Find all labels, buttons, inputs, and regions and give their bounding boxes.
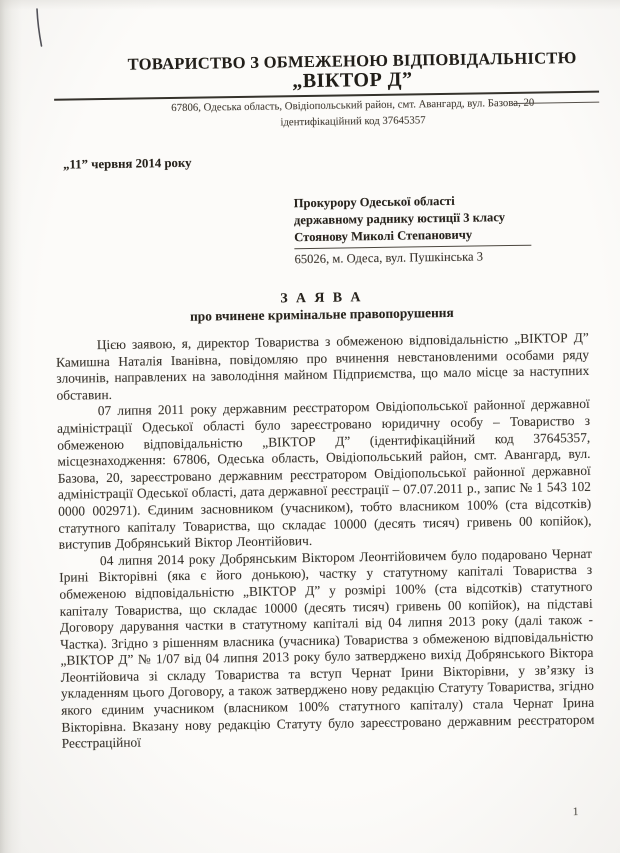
- document-body: Цією заявою, я, директор Товариства з об…: [56, 330, 595, 753]
- body-paragraph: Цією заявою, я, директор Товариства з об…: [56, 330, 590, 404]
- addressee-rank: державному раднику юстиції 3 класу: [294, 209, 531, 230]
- scanned-document-page: ТОВАРИСТВО З ОБМЕЖЕНОЮ ВІДПОВІДАЛЬНІСТЮ …: [0, 0, 620, 853]
- addressee-address: 65026, м. Одеса, вул. Пушкінська 3: [294, 246, 531, 269]
- page-number: 1: [573, 806, 579, 818]
- body-paragraph: 04 липня 2014 року Добрянським Віктором …: [59, 546, 595, 753]
- document-title: З А Я В А про вчинене кримінальне правоп…: [55, 286, 588, 327]
- document-date: „11” червня 2014 року: [63, 150, 586, 173]
- letterhead: ТОВАРИСТВО З ОБМЕЖЕНОЮ ВІДПОВІДАЛЬНІСТЮ …: [51, 48, 585, 132]
- document-content: ТОВАРИСТВО З ОБМЕЖЕНОЮ ВІДПОВІДАЛЬНІСТЮ …: [0, 0, 620, 853]
- body-paragraph: 07 липня 2011 року державним реєстраторо…: [57, 396, 592, 553]
- addressee-block: Прокурору Одеської області державному ра…: [294, 192, 532, 269]
- letterhead-id-code: ідентифікаційний код 37645357: [120, 111, 585, 130]
